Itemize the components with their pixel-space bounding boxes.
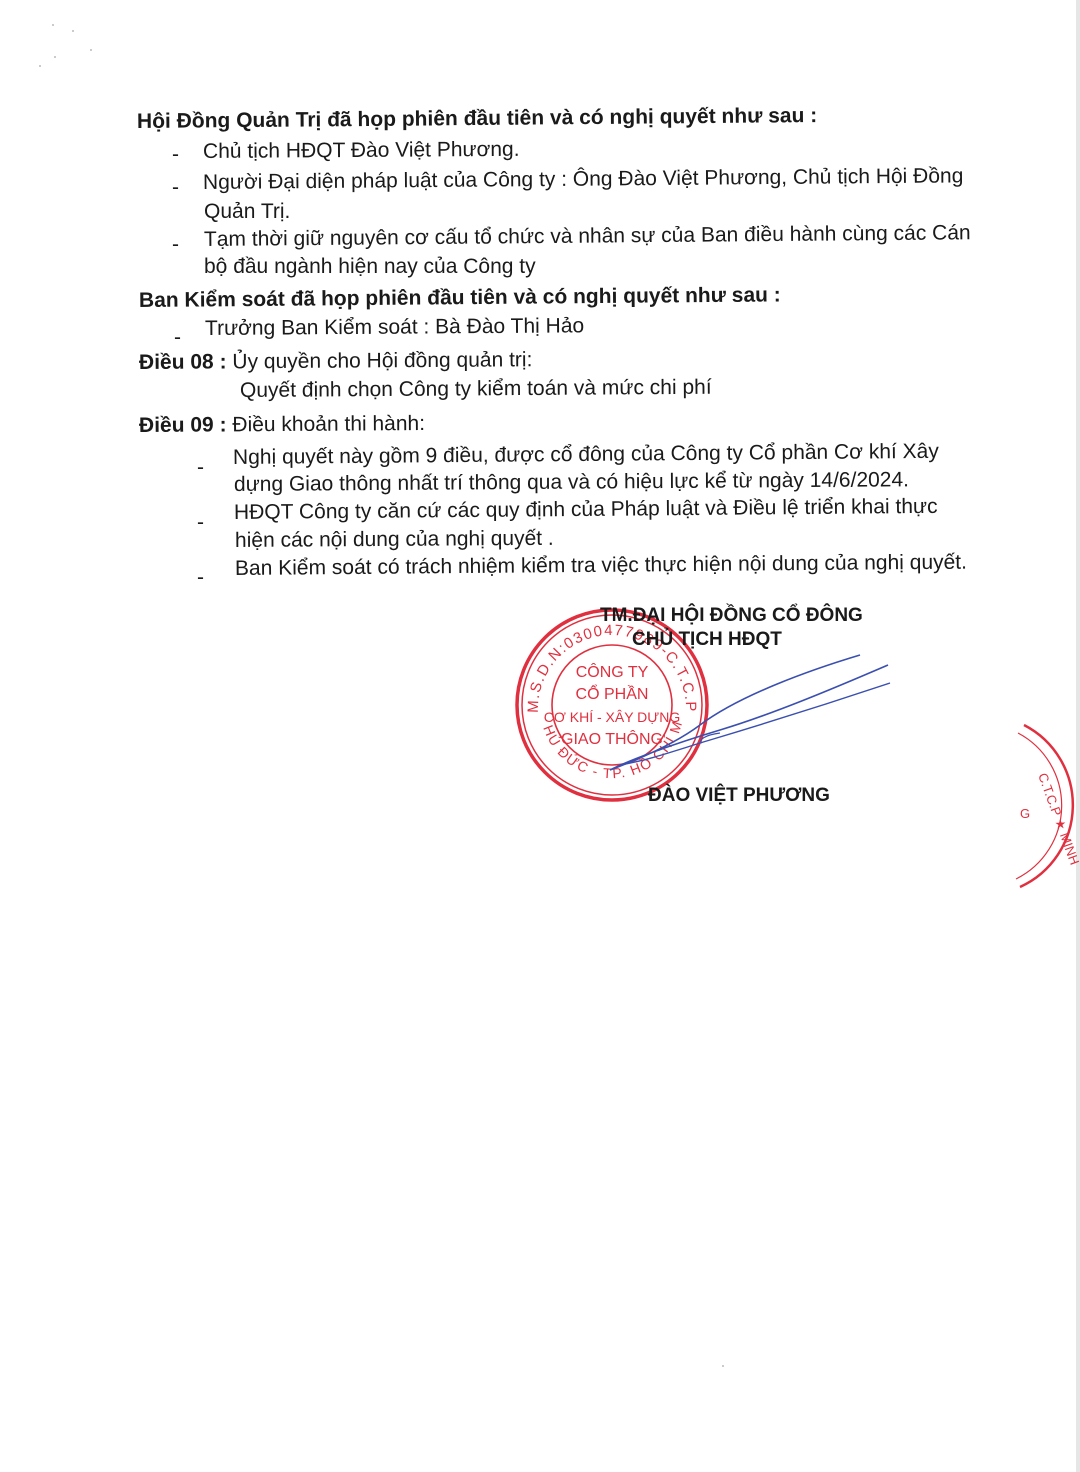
bullet-dash: -: [197, 455, 204, 481]
article-09: Điều 09 : Điều khoản thi hành:: [139, 411, 425, 439]
bullet-dash: -: [174, 325, 181, 351]
scan-speck: [90, 49, 92, 51]
partial-stamp: C.T.C.P ★ MINH G: [1010, 715, 1080, 895]
handwritten-signature: [590, 645, 910, 785]
bullet-dash: -: [197, 510, 204, 536]
hdqt-item-2-line-2: Quản Trị.: [204, 199, 290, 225]
bullet-dash: -: [172, 232, 179, 258]
article-08: Điều 08 : Ủy quyền cho Hội đồng quản trị…: [139, 347, 533, 376]
bks-item-1: Trưởng Ban Kiểm soát : Bà Đào Thị Hảo: [205, 313, 584, 342]
section-heading-bks: Ban Kiểm soát đã họp phiên đầu tiên và c…: [139, 282, 781, 314]
bullet-dash: -: [172, 142, 179, 168]
scan-speck: [39, 65, 41, 67]
hdqt-item-2-line-1: Người Đại diện pháp luật của Công ty : Ô…: [203, 163, 964, 196]
scan-speck: [72, 30, 74, 32]
article-08-sub: Quyết định chọn Công ty kiểm toán và mức…: [240, 375, 712, 404]
article-09-item-1-line-2: dựng Giao thông nhất trí thông qua và có…: [234, 467, 909, 498]
bullet-dash: -: [197, 565, 204, 591]
article-08-text: Ủy quyền cho Hội đồng quản trị:: [232, 348, 532, 373]
document-page: Hội Đồng Quản Trị đã họp phiên đầu tiên …: [0, 0, 1080, 1472]
hdqt-item-3-line-2: bộ đầu ngành hiện nay của Công ty: [204, 254, 536, 280]
article-08-label: Điều 08 :: [139, 350, 227, 374]
partial-stamp-text: C.T.C.P ★ MINH: [1035, 771, 1080, 867]
article-09-item-2-line-1: HĐQT Công ty căn cứ các quy định của Phá…: [234, 494, 938, 526]
section-heading-hdqt: Hội Đồng Quản Trị đã họp phiên đầu tiên …: [137, 103, 817, 135]
article-09-item-3: Ban Kiểm soát có trách nhiệm kiểm tra vi…: [235, 550, 967, 582]
article-09-text: Điều khoản thi hành:: [232, 412, 425, 436]
scan-speck: [722, 1365, 724, 1367]
scan-speck: [54, 56, 56, 58]
hdqt-item-3-line-1: Tạm thời giữ nguyên cơ cấu tổ chức và nh…: [204, 220, 971, 253]
signatory-name: ĐÀO VIỆT PHƯƠNG: [648, 785, 830, 807]
signature-title-line-1: TM.ĐẠI HỘI ĐỒNG CỔ ĐÔNG: [600, 605, 863, 627]
hdqt-item-1: Chủ tịch HĐQT Đào Việt Phương.: [203, 137, 520, 165]
article-09-label: Điều 09 :: [139, 413, 227, 437]
scan-speck: [52, 24, 54, 26]
partial-stamp-inner: G: [1020, 806, 1030, 821]
bullet-dash: -: [172, 175, 179, 201]
article-09-item-1-line-1: Nghị quyết này gồm 9 điều, được cổ đông …: [233, 439, 939, 471]
article-09-item-2-line-2: hiện các nội dung của nghị quyết .: [235, 526, 554, 554]
